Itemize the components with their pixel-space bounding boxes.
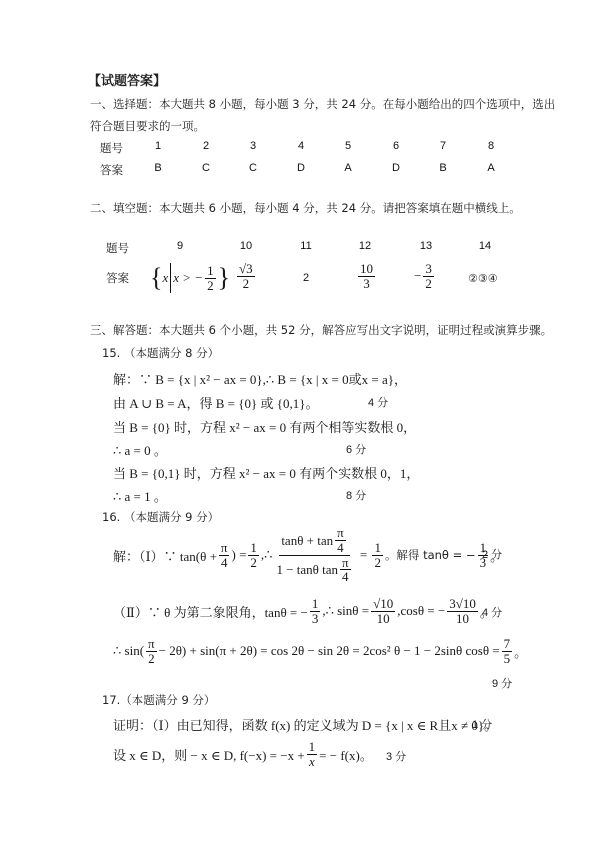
- q16-part1: 解：（Ⅰ）∵ tan(θ + π4 ) = 12 ,∴ tanθ + tan π…: [113, 525, 503, 585]
- q15-line5: 当 B = {0,1} 时，方程 x² − ax = 0 有两个实数根 0，1，: [113, 463, 419, 482]
- table-cell: 11: [286, 240, 326, 252]
- q15-score-6: 6 分: [346, 441, 366, 457]
- table-cell: C: [233, 162, 273, 174]
- text: 设 x ∈ D，则 − x ∈ D, f(−x) = −x +: [113, 745, 305, 764]
- q15-line3: 当 B = {0} 时，方程 x² − ax = 0 有两个相等实数根 0，: [113, 417, 416, 436]
- fraction: 3 2: [423, 262, 434, 290]
- fraction: 1 2: [205, 264, 216, 292]
- answer-q12: 10 3: [356, 262, 377, 290]
- set-condition: x > −: [173, 270, 203, 286]
- table-cell: 9: [160, 240, 200, 252]
- q17-heading: 17.（本题满分 9 分）: [102, 692, 215, 708]
- row-label: 题号: [100, 140, 123, 156]
- table-cell: 8: [471, 140, 511, 152]
- text: ∴ sin(: [113, 643, 144, 659]
- minus-sign: −: [414, 268, 421, 284]
- text: 解：（Ⅰ）∵ tan(θ +: [113, 546, 217, 565]
- fraction: 12: [248, 541, 259, 569]
- table-cell: 5: [328, 140, 368, 152]
- fraction: 75: [502, 637, 513, 665]
- q16-score-4: 4 分: [482, 604, 502, 620]
- table-cell: 6: [376, 140, 416, 152]
- table-cell: 3: [233, 140, 273, 152]
- q15-score-4: 4 分: [368, 394, 388, 410]
- section3-intro: 三、解答题：本大题共 6 个小题，共 52 分，解答应写出文字说明，证明过程或演…: [90, 322, 552, 338]
- row-label: 答案: [106, 270, 129, 286]
- q17-score-1: 1 分: [472, 716, 492, 732]
- fraction: 13: [310, 597, 321, 625]
- row-label: 题号: [106, 240, 129, 256]
- table-cell: 4: [281, 140, 321, 152]
- text: 。解得 tanθ = −: [385, 547, 476, 563]
- q15-heading: 15. （本题满分 8 分）: [102, 345, 219, 361]
- table-cell: A: [471, 162, 511, 174]
- q17-line2: 设 x ∈ D，则 − x ∈ D, f(−x) = −x + 1x = − f…: [113, 737, 373, 771]
- table-cell: 10: [226, 240, 266, 252]
- fraction: 10 3: [358, 262, 375, 290]
- answer-q13: − 3 2: [414, 262, 436, 290]
- right-brace: }: [218, 263, 230, 293]
- q16-score-9: 9 分: [492, 675, 512, 691]
- fraction: 3√1010: [447, 597, 478, 625]
- text: − 2θ) + sin(π + 2θ) = cos 2θ − sin 2θ = …: [159, 643, 500, 659]
- left-brace: {: [150, 263, 162, 293]
- answer-q9: { x x > − 1 2 }: [150, 260, 230, 296]
- q16-score-2: 2 分: [482, 546, 502, 562]
- table-cell: B: [138, 162, 178, 174]
- text: ,∴: [261, 547, 273, 563]
- big-fraction: tanθ + tan π4 1 − tanθ tan π4: [274, 526, 354, 584]
- q16-line3: ∴ sin( π2 − 2θ) + sin(π + 2θ) = cos 2θ −…: [113, 633, 527, 669]
- q16-part2: （Ⅱ）∵ θ 为第二象限角，tanθ = − 13 ,∴ sinθ = √101…: [113, 593, 493, 629]
- table-row-numbers: 题号 1 2 3 4 5 6 7 8: [0, 140, 600, 156]
- table-cell: D: [281, 162, 321, 174]
- fraction: π2: [146, 637, 157, 665]
- table-row-answers: 答案 B C C D A D B A: [0, 162, 600, 178]
- table-cell: A: [328, 162, 368, 174]
- q15-line4: ∴ a = 0 。: [113, 440, 167, 459]
- q16-heading: 16. （本题满分 9 分）: [102, 509, 219, 525]
- text: ,∴ sinθ =: [322, 603, 369, 619]
- table-cell: 2: [186, 140, 226, 152]
- section2-intro: 二、填空题：本大题共 6 小题，每小题 4 分，共 24 分。请把答案填在题中横…: [90, 200, 521, 216]
- table-cell: C: [186, 162, 226, 174]
- q15-line6: ∴ a = 1 。: [113, 486, 167, 505]
- text: ,cosθ = −: [397, 603, 445, 619]
- table-cell: 7: [423, 140, 463, 152]
- text: 。: [514, 642, 527, 661]
- answer-q10: √3 2: [235, 262, 257, 290]
- answer-q14: ②③④: [468, 272, 498, 285]
- fraction: π4: [219, 541, 230, 569]
- table-row-answers: 答案 { x x > − 1 2 } √3 2 2 10 3: [0, 260, 600, 300]
- answer-q11: 2: [286, 272, 326, 284]
- table-cell: 14: [465, 240, 505, 252]
- text: =: [357, 547, 371, 563]
- table-cell: B: [423, 162, 463, 174]
- text: （Ⅱ）∵ θ 为第二象限角，tanθ = −: [113, 602, 308, 621]
- fraction: 1x: [307, 740, 318, 768]
- q17-line1: 证明：（Ⅰ）由已知得，函数 f(x) 的定义域为 D = {x | x ∈ R且…: [113, 715, 497, 734]
- q17-score-3: 3 分: [386, 748, 406, 764]
- text: = − f(x)。: [319, 745, 373, 764]
- fraction: √1010: [371, 597, 395, 625]
- table-cell: D: [376, 162, 416, 174]
- fraction: √3 2: [237, 262, 255, 290]
- section1-intro-line2: 符合题目要求的一项。: [90, 118, 205, 134]
- q15-score-8: 8 分: [346, 487, 366, 503]
- table-row-numbers: 题号 9 10 11 12 13 14: [0, 240, 600, 256]
- table-cell: 1: [138, 140, 178, 152]
- table-cell: 13: [406, 240, 446, 252]
- section1-intro-line1: 一、选择题：本大题共 8 小题，每小题 3 分，共 24 分。在每小题给出的四个…: [90, 96, 555, 112]
- q15-line1: 解：∵ B = {x | x² − ax = 0},∴ B = {x | x =…: [113, 369, 407, 388]
- set-bar: [170, 263, 171, 293]
- set-var: x: [162, 270, 168, 286]
- fraction: 12: [372, 541, 383, 569]
- q15-line2: 由 A ∪ B = A，得 B = {0} 或 {0,1}。: [113, 393, 318, 412]
- row-label: 答案: [100, 162, 123, 178]
- answer-key-title: 【试题答案】: [88, 70, 166, 89]
- table-cell: 12: [345, 240, 385, 252]
- text: ) =: [231, 547, 246, 563]
